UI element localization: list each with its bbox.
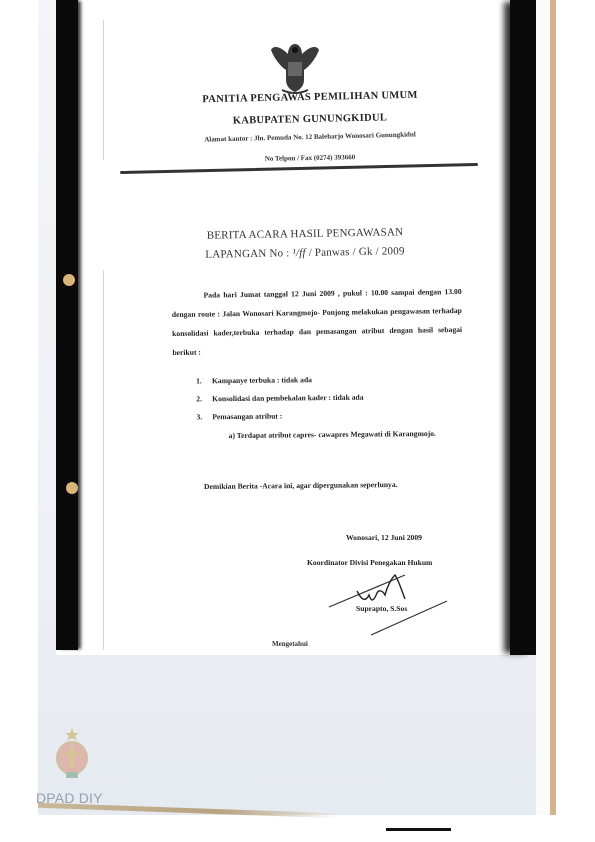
scan-shadow-right [510,0,536,655]
number-handwritten: ¹/ff [292,247,305,259]
sub-list-item: a) Terdapat atribut capres- cawapres Meg… [229,424,465,445]
dpad-crest-icon [52,728,92,780]
paragraph-text: Pada hari Jumat tanggal 12 Juni 2009 , p… [172,287,462,357]
signatory-name: Suprapto, S.Sos [356,604,407,613]
number-suffix: / Panwas / Gk / 2009 [309,245,405,259]
scan-shadow-left [56,0,78,650]
fold-line [103,20,104,160]
punch-hole [63,274,75,286]
place-date: Wonosari, 12 Juni 2009 [346,533,422,542]
paper-edge-strip [550,0,556,815]
handwritten-signature-icon [325,565,455,640]
opening-paragraph: Pada hari Jumat tanggal 12 Juni 2009 , p… [171,282,462,362]
watermark-label: DPAD DIY [36,790,103,806]
garuda-emblem-icon [268,36,322,96]
fold-line [103,270,104,650]
footer-rule [386,828,451,831]
acknowledged-label: Mengetahui [272,640,308,648]
page-margin-strip [536,0,550,815]
list-item: 2. Konsolidasi dan pembekalan kader : ti… [196,393,363,404]
list-item: 1. Kampanye terbuka : tidak ada [196,375,312,385]
list-item: 3. Pemasangan atribut : [196,412,282,422]
punch-hole [66,482,78,494]
number-prefix: LAPANGAN No : [205,247,289,260]
